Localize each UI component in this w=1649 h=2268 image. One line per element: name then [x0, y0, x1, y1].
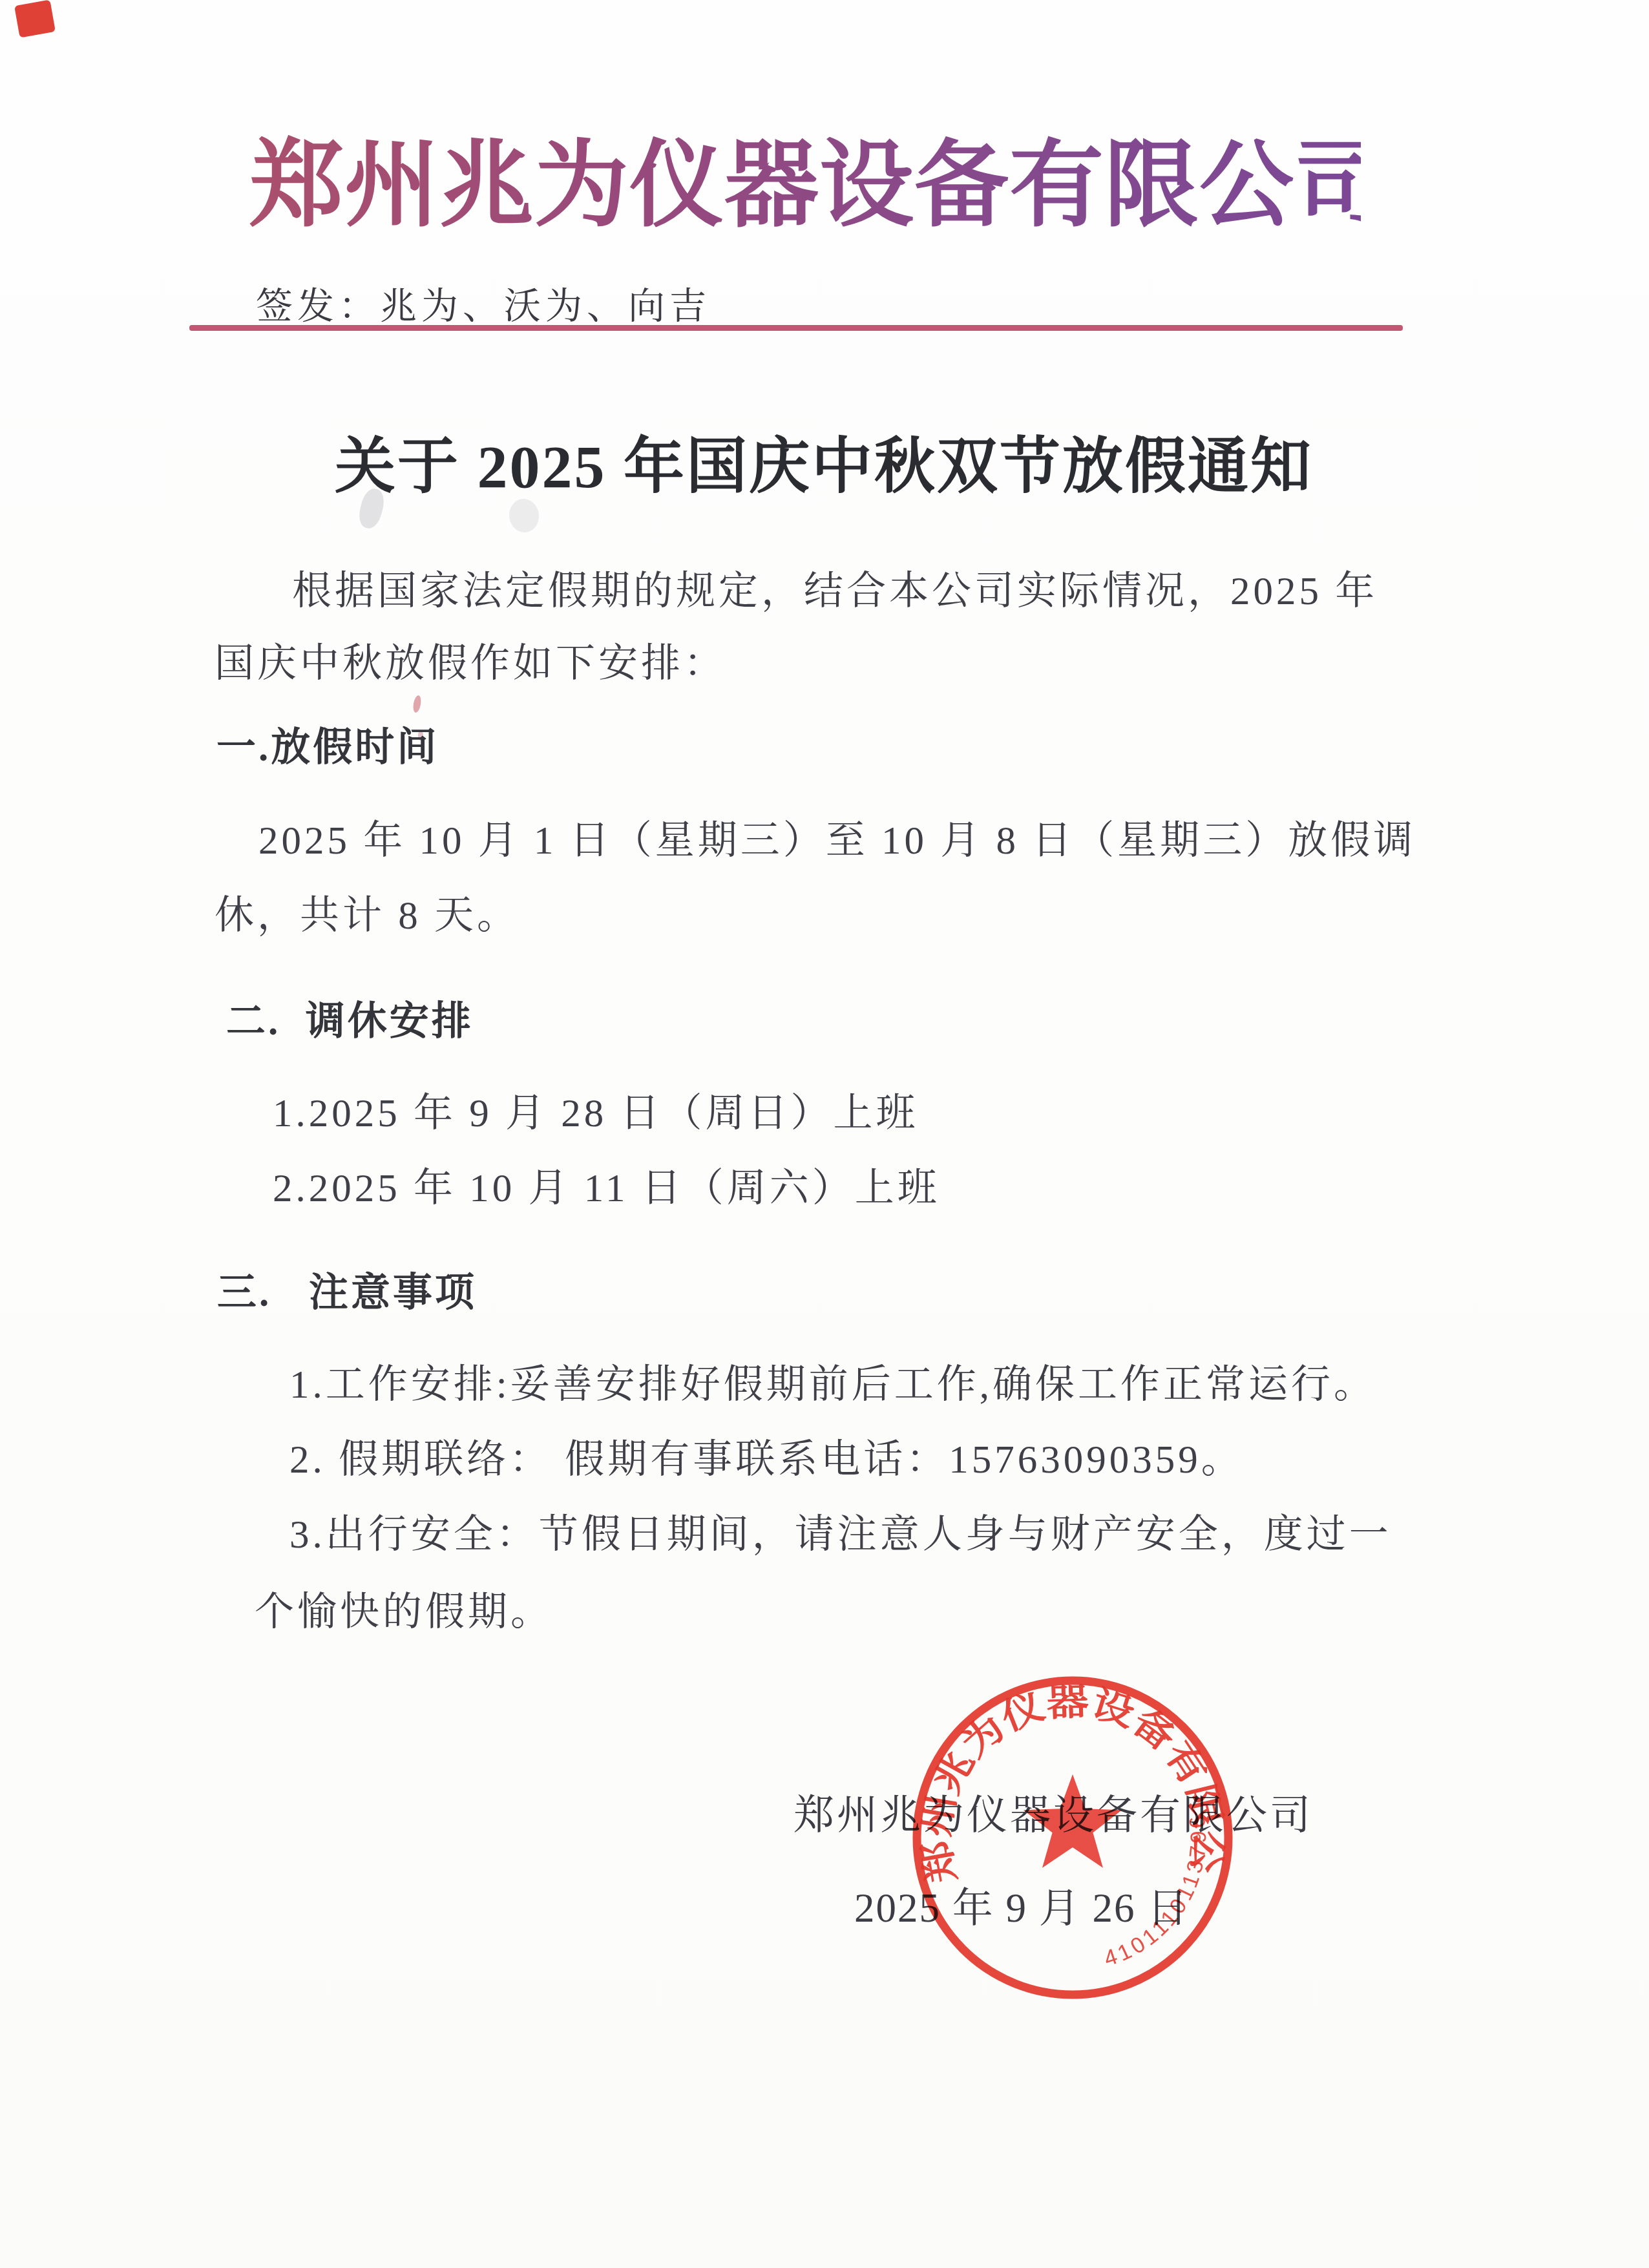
section1-line-2: 休，共计 8 天。 — [215, 884, 520, 940]
scan-artifact-corner-mark — [14, 0, 56, 37]
section3-item-1: 1.工作安排:妥善安排好假期前后工作,确保工作正常运行。 — [289, 1353, 1376, 1409]
section2-heading: 二. 调休安排 — [226, 990, 474, 1046]
section3-heading: 三. 注意事项 — [217, 1261, 477, 1318]
section1-heading: 一.放假时间 — [216, 716, 439, 772]
issuer-line: 签发：兆为、沃为、向吉 — [256, 277, 711, 330]
notice-title: 关于 2025 年国庆中秋双节放假通知 — [194, 417, 1454, 505]
company-seal-stamp: 郑州兆为仪器设备有限公司 4101110113796 — [906, 1671, 1239, 2007]
intro-line-1: 根据国家法定假期的规定，结合本公司实际情况，2025 年 — [292, 560, 1378, 616]
letterhead-company-name: 郑州兆为仪器设备有限公司 — [249, 109, 1361, 244]
intro-line-2: 国庆中秋放假作如下安排： — [215, 632, 726, 688]
section3-item-3-line-1: 3.出行安全：节假日期间，请注意人身与财产安全，度过一 — [289, 1503, 1392, 1559]
section2-item-1: 1.2025 年 9 月 28 日（周日）上班 — [273, 1082, 919, 1138]
seal-ring-text: 郑州兆为仪器设备有限公司 — [906, 1671, 1229, 1886]
seal-serial-number: 4101110113796 — [1101, 1811, 1211, 1971]
section3-item-3-line-2: 个愉快的假期。 — [255, 1580, 553, 1637]
section2-item-2: 2.2025 年 10 月 11 日（周六）上班 — [273, 1157, 940, 1213]
scanned-notice-page: 郑州兆为仪器设备有限公司 签发：兆为、沃为、向吉 关于 2025 年国庆中秋双节… — [0, 0, 1649, 2268]
seal-star-icon — [1024, 1774, 1122, 1868]
letterhead-divider-rule — [189, 325, 1403, 331]
section3-item-2: 2. 假期联络： 假期有事联系电话：15763090359。 — [289, 1428, 1244, 1484]
scan-artifact-red-speck — [412, 695, 423, 713]
section1-line-1: 2025 年 10 月 1 日（星期三）至 10 月 8 日（星期三）放假调 — [258, 809, 1416, 865]
